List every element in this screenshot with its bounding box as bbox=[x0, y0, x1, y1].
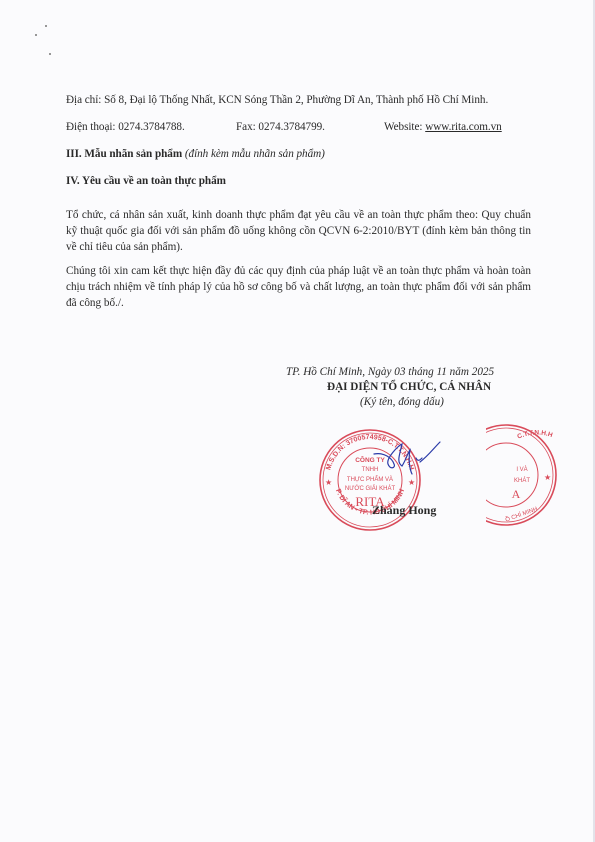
fax-text: Fax: 0274.3784799. bbox=[236, 121, 325, 133]
partial-stamp: C.T.T.N.H.H ★ I VÀ KHÁT A Ồ CHÍ MINH bbox=[486, 420, 595, 530]
website-label: Website: bbox=[384, 121, 425, 133]
phone-text: Điện thoại: 0274.3784788. bbox=[66, 121, 185, 133]
partial-stamp-bottom: Ồ CHÍ MINH bbox=[504, 506, 538, 524]
signature-instruction: (Ký tên, đóng dấu) bbox=[360, 396, 444, 408]
partial-stamp-line-1: I VÀ bbox=[516, 466, 527, 473]
website-line: Website: www.rita.com.vn bbox=[384, 121, 502, 133]
partial-stamp-graphic: C.T.T.N.H.H ★ I VÀ KHÁT A Ồ CHÍ MINH bbox=[486, 420, 595, 530]
section-4-title: IV. Yêu cầu về an toàn thực phẩm bbox=[66, 175, 226, 187]
handwritten-signature bbox=[372, 440, 442, 480]
signer-name: Zhang Hong bbox=[372, 503, 436, 518]
signature-title: ĐẠI DIỆN TỔ CHỨC, CÁ NHÂN bbox=[327, 381, 491, 393]
scan-speck bbox=[35, 34, 37, 36]
paragraph-commitment: Chúng tôi xin cam kết thực hiện đầy đủ c… bbox=[66, 263, 531, 311]
section-3-title: III. Mẫu nhãn sản phẩm bbox=[66, 148, 182, 160]
address-line: Địa chỉ: Số 8, Đại lộ Thống Nhất, KCN Só… bbox=[66, 94, 488, 106]
section-3-heading: III. Mẫu nhãn sản phẩm (đính kèm mẫu nhã… bbox=[66, 148, 325, 160]
svg-text:★: ★ bbox=[325, 478, 332, 487]
scan-speck bbox=[45, 25, 47, 27]
partial-stamp-line-2: KHÁT bbox=[514, 477, 530, 484]
website-link[interactable]: www.rita.com.vn bbox=[425, 121, 502, 133]
paragraph-food-safety: Tổ chức, cá nhân sản xuất, kinh doanh th… bbox=[66, 207, 531, 255]
svg-text:★: ★ bbox=[544, 473, 551, 482]
scan-speck bbox=[49, 53, 51, 55]
partial-stamp-brand: A bbox=[512, 487, 521, 501]
stamp-line-4: NƯỚC GIẢI KHÁT bbox=[345, 485, 396, 492]
place-date: TP. Hồ Chí Minh, Ngày 03 tháng 11 năm 20… bbox=[286, 366, 494, 378]
section-3-note: (đính kèm mẫu nhãn sản phẩm) bbox=[185, 148, 325, 160]
